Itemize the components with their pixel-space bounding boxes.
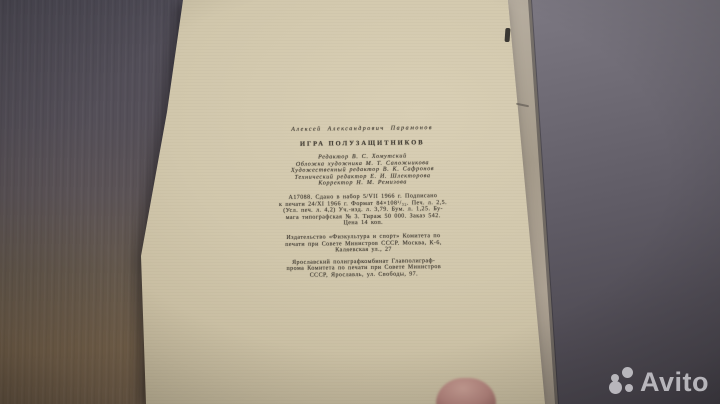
credit-line: Корректор Н. М. Ремизова bbox=[251, 179, 475, 188]
book-listing-photo: Алексей Александрович Парамонов ИГРА ПОЛ… bbox=[0, 0, 720, 404]
avito-wordmark: Avito bbox=[640, 372, 709, 394]
avito-dot-icon bbox=[625, 384, 633, 392]
credits-block: Редактор В. С. Хомутский Обложка художни… bbox=[250, 153, 474, 189]
author-line: Алексей Александрович Парамонов bbox=[250, 125, 474, 135]
avito-watermark: Avito bbox=[609, 366, 709, 394]
page-edge-notch bbox=[505, 28, 511, 42]
avito-dot-icon bbox=[622, 367, 633, 378]
printer-line: СССР, Ярославль, ул. Свободы, 97. bbox=[252, 271, 476, 280]
book-page: Алексей Александрович Парамонов ИГРА ПОЛ… bbox=[0, 0, 720, 404]
imprint-block: А17088. Сдано в набор 5/VII 1966 г. Подп… bbox=[251, 193, 475, 229]
colophon-text-block: Алексей Александрович Парамонов ИГРА ПОЛ… bbox=[250, 125, 476, 280]
avito-logo-icon bbox=[609, 366, 635, 394]
book-page-shadow: Алексей Александрович Парамонов ИГРА ПОЛ… bbox=[0, 0, 720, 404]
publisher-block: Издательство «Физкультура и спорт» Комит… bbox=[251, 233, 475, 256]
imprint-line: Цена 14 коп. bbox=[251, 219, 475, 228]
printer-block: Ярославский полиграфкомбинат Главполигра… bbox=[252, 257, 476, 280]
book-title: ИГРА ПОЛУЗАЩИТНИКОВ bbox=[250, 139, 474, 149]
avito-dot-icon bbox=[609, 381, 622, 394]
